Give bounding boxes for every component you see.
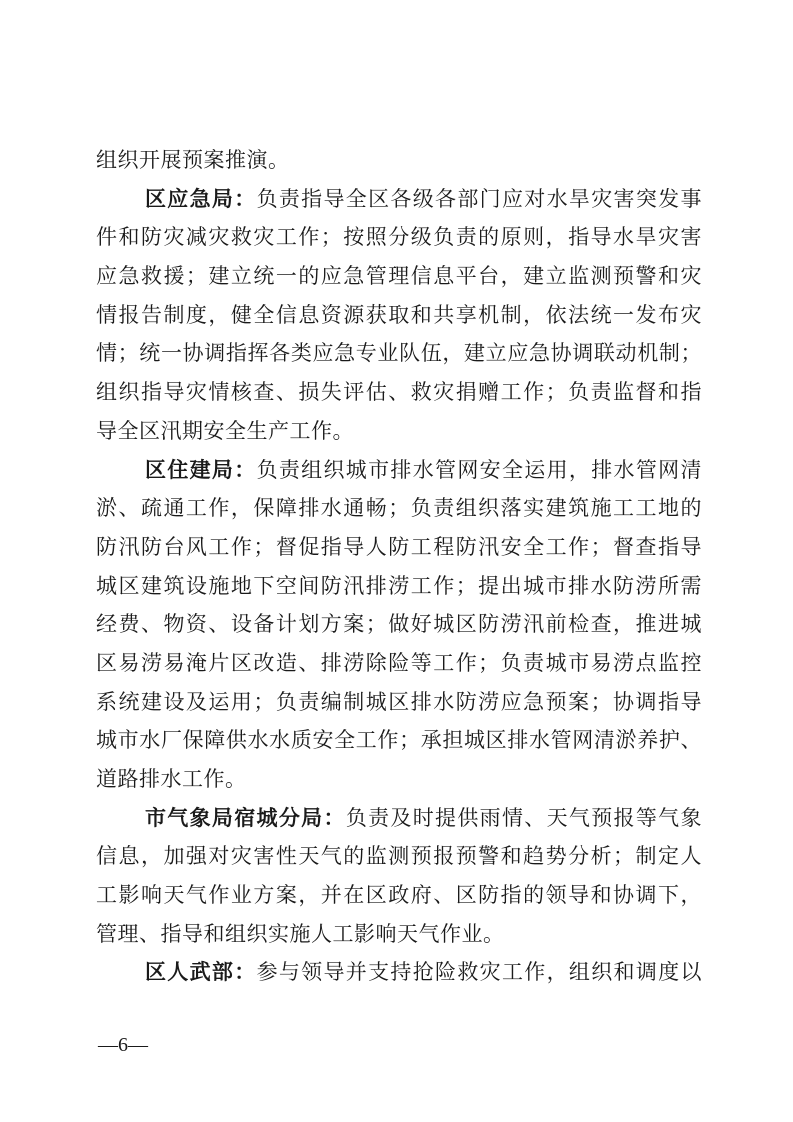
- text-line: 导全区汛期安全生产工作。: [96, 412, 702, 451]
- text-line: 情报告制度，健全信息资源获取和共享机制，依法统一发布灾: [96, 296, 702, 335]
- department-label: 市气象局宿城分局：: [145, 806, 346, 830]
- paragraph: 组织开展预案推演。: [96, 141, 702, 180]
- text-line: 区住建局：负责组织城市排水管网安全运用，排水管网清: [96, 451, 702, 490]
- text-line: 城区建筑设施地下空间防汛排涝工作；提出城市排水防涝所需: [96, 567, 702, 606]
- text-line: 信息，加强对灾害性天气的监测预报预警和趋势分析；制定人: [96, 837, 702, 876]
- text-line: 件和防灾减灾救灾工作；按照分级负责的原则，指导水旱灾害: [96, 218, 702, 257]
- text-line: 系统建设及运用；负责编制城区排水防涝应急预案；协调指导: [96, 683, 702, 722]
- text-line: 管理、指导和组织实施人工影响天气作业。: [96, 915, 702, 954]
- paragraph: 市气象局宿城分局：负责及时提供雨情、天气预报等气象信息，加强对灾害性天气的监测预…: [96, 799, 702, 954]
- text-line: 经费、物资、设备计划方案；做好城区防涝汛前检查，推进城: [96, 605, 702, 644]
- paragraph: 区人武部：参与领导并支持抢险救灾工作，组织和调度以: [96, 953, 702, 992]
- paragraph: 区应急局：负责指导全区各级各部门应对水旱灾害突发事件和防灾减灾救灾工作；按照分级…: [96, 180, 702, 451]
- text-line: 应急救援；建立统一的应急管理信息平台，建立监测预警和灾: [96, 257, 702, 296]
- body-text: 组织开展预案推演。区应急局：负责指导全区各级各部门应对水旱灾害突发事件和防灾减灾…: [96, 141, 702, 992]
- text-line: 组织指导灾情核查、损失评估、救灾捐赠工作；负责监督和指: [96, 373, 702, 412]
- text-line: 道路排水工作。: [96, 760, 702, 799]
- text-line: 区人武部：参与领导并支持抢险救灾工作，组织和调度以: [96, 953, 702, 992]
- text-line: 市气象局宿城分局：负责及时提供雨情、天气预报等气象: [96, 799, 702, 838]
- text-line: 防汛防台风工作；督促指导人防工程防汛安全工作；督查指导: [96, 528, 702, 567]
- text-line: 城市水厂保障供水水质安全工作；承担城区排水管网清淤养护、: [96, 721, 702, 760]
- department-label: 区应急局：: [145, 187, 257, 211]
- document-page: 组织开展预案推演。区应急局：负责指导全区各级各部门应对水旱灾害突发事件和防灾减灾…: [0, 0, 793, 1122]
- text-line: 区应急局：负责指导全区各级各部门应对水旱灾害突发事: [96, 180, 702, 219]
- paragraph: 区住建局：负责组织城市排水管网安全运用，排水管网清淤、疏通工作，保障排水通畅；负…: [96, 451, 702, 799]
- department-label: 区人武部：: [145, 960, 257, 984]
- department-label: 区住建局：: [145, 458, 257, 482]
- page-number: —6—: [98, 1031, 148, 1059]
- text-line: 淤、疏通工作，保障排水通畅；负责组织落实建筑施工工地的: [96, 489, 702, 528]
- text-line: 组织开展预案推演。: [96, 141, 702, 180]
- text-line: 工影响天气作业方案，并在区政府、区防指的领导和协调下，: [96, 876, 702, 915]
- text-line: 情；统一协调指挥各类应急专业队伍，建立应急协调联动机制；: [96, 334, 702, 373]
- text-line: 区易涝易淹片区改造、排涝除险等工作；负责城市易涝点监控: [96, 644, 702, 683]
